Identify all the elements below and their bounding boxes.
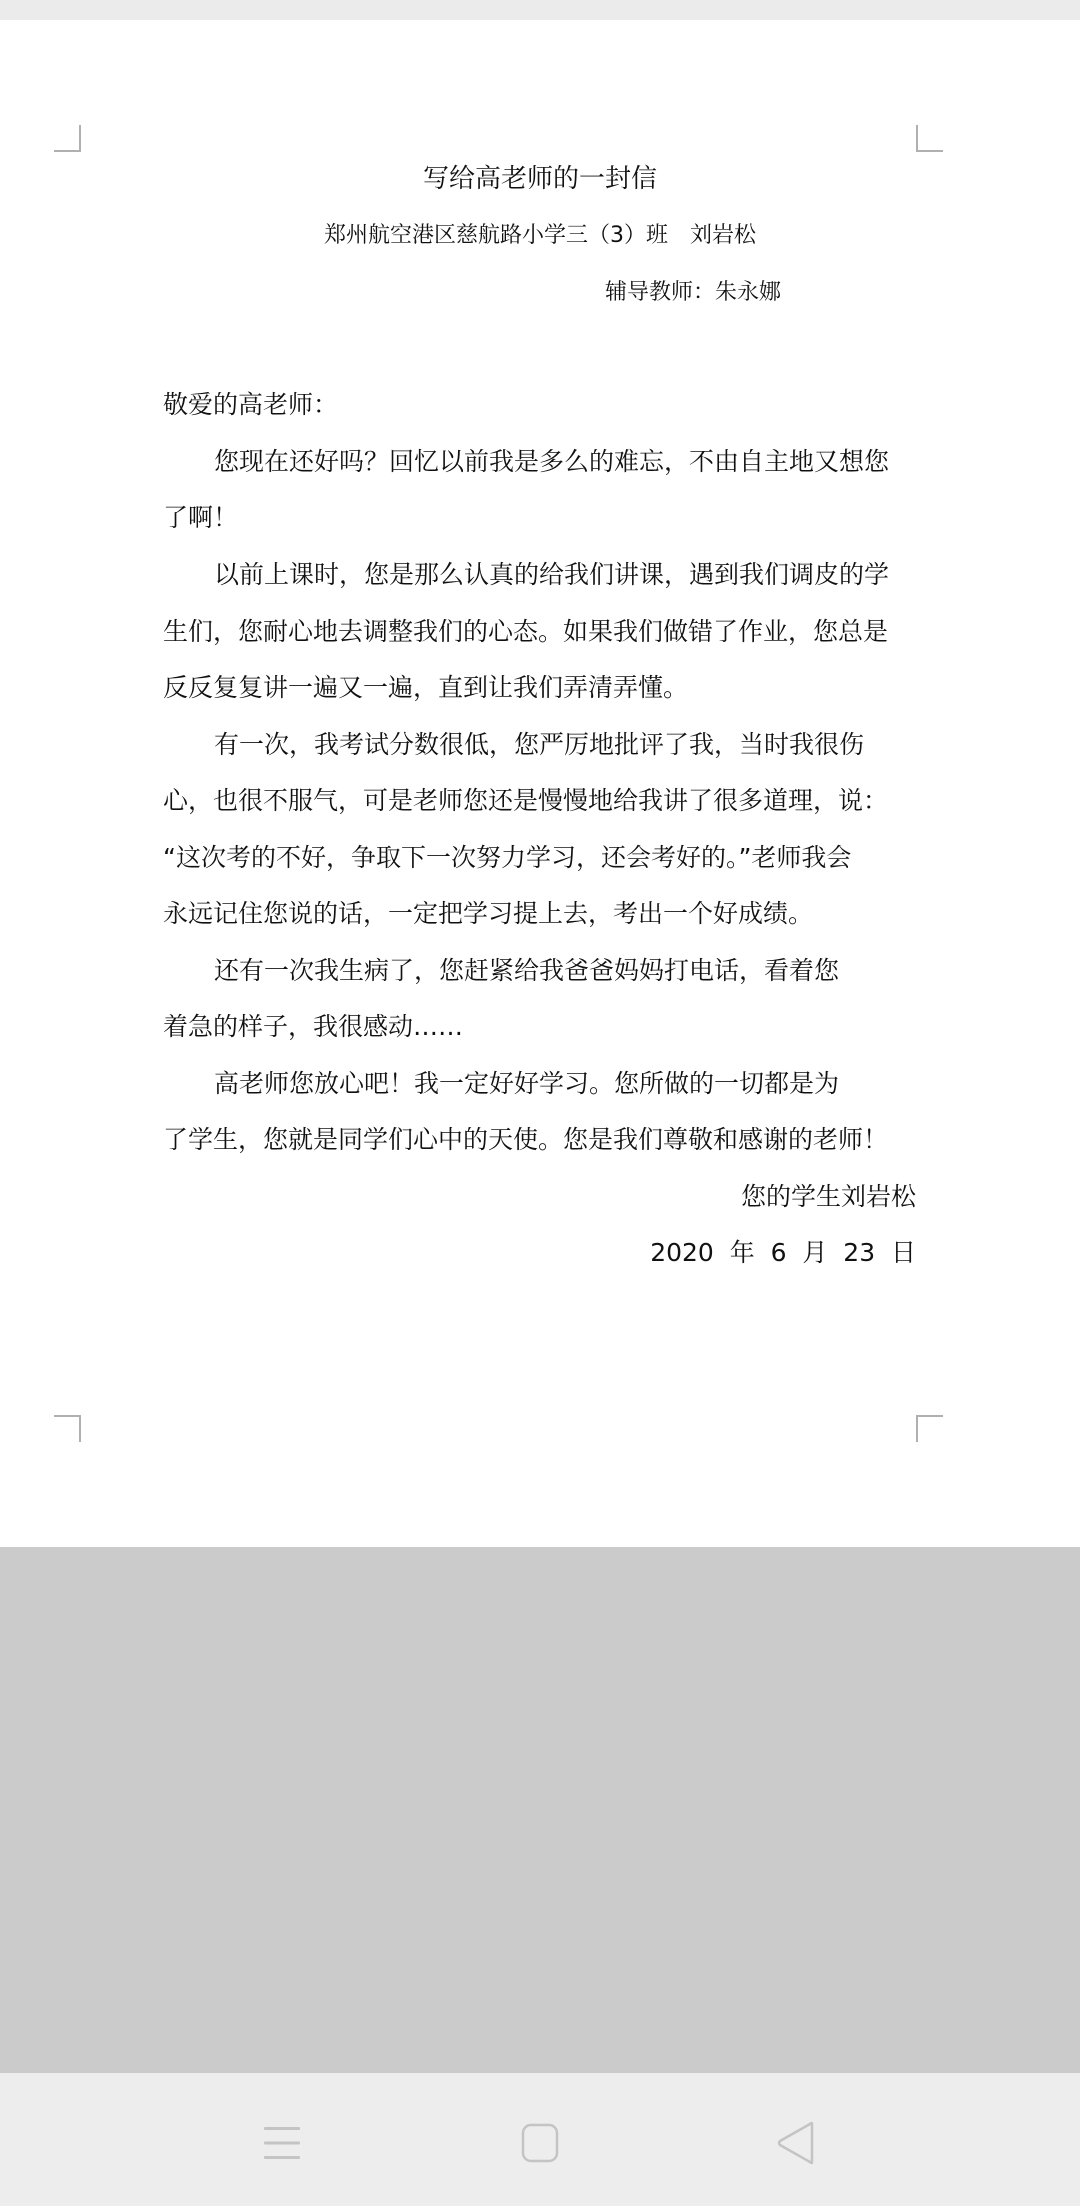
body-line: 有一次，我考试分数很低，您严厉地批评了我，当时我很伤 bbox=[214, 727, 974, 763]
body-line: 心，也很不服气，可是老师您还是慢慢地给我讲了很多道理，说： bbox=[163, 783, 923, 819]
recent-apps-button[interactable] bbox=[252, 2113, 312, 2173]
body-line: “这次考的不好，争取下一次努力学习，还会考好的。”老师我会 bbox=[163, 840, 923, 876]
document-subtitle: 郑州航空港区慈航路小学三（3）班 刘岩松 bbox=[0, 218, 1080, 254]
back-button[interactable] bbox=[766, 2113, 826, 2173]
body-line: 还有一次我生病了，您赶紧给我爸爸妈妈打电话，看着您 bbox=[214, 953, 974, 989]
home-icon bbox=[520, 2123, 560, 2163]
letter-date: 2020 年 6 月 23 日 bbox=[650, 1235, 916, 1271]
home-button[interactable] bbox=[510, 2113, 570, 2173]
document-page: 写给高老师的一封信 郑州航空港区慈航路小学三（3）班 刘岩松 辅导教师：朱永娜 … bbox=[0, 20, 1080, 1547]
document-title: 写给高老师的一封信 bbox=[0, 161, 1080, 197]
body-line: 您现在还好吗？回忆以前我是多么的难忘，不由自主地又想您 bbox=[214, 444, 974, 480]
greeting: 敬爱的高老师： bbox=[163, 387, 923, 423]
back-icon bbox=[776, 2121, 816, 2165]
margin-corner-top-left bbox=[54, 125, 81, 152]
menu-icon bbox=[262, 2123, 302, 2163]
body-line: 了啊！ bbox=[163, 500, 923, 536]
signature: 您的学生刘岩松 bbox=[741, 1179, 916, 1215]
body-line: 生们，您耐心地去调整我们的心态。如果我们做错了作业，您总是 bbox=[163, 614, 923, 650]
system-navigation-bar bbox=[0, 2073, 1080, 2206]
margin-corner-top-right bbox=[916, 125, 943, 152]
body-line: 了学生，您就是同学们心中的天使。您是我们尊敬和感谢的老师！ bbox=[163, 1122, 923, 1158]
top-toolbar bbox=[0, 0, 1080, 20]
body-line: 着急的样子，我很感动…… bbox=[163, 1009, 923, 1045]
margin-corner-bottom-left bbox=[54, 1415, 81, 1442]
teacher-line: 辅导教师：朱永娜 bbox=[605, 275, 781, 311]
body-line: 以前上课时，您是那么认真的给我们讲课，遇到我们调皮的学 bbox=[214, 557, 974, 593]
margin-corner-bottom-right bbox=[916, 1415, 943, 1442]
body-line: 高老师您放心吧！我一定好好学习。您所做的一切都是为 bbox=[214, 1066, 974, 1102]
body-line: 永远记住您说的话，一定把学习提上去，考出一个好成绩。 bbox=[163, 896, 923, 932]
body-line: 反反复复讲一遍又一遍，直到让我们弄清弄懂。 bbox=[163, 670, 923, 706]
